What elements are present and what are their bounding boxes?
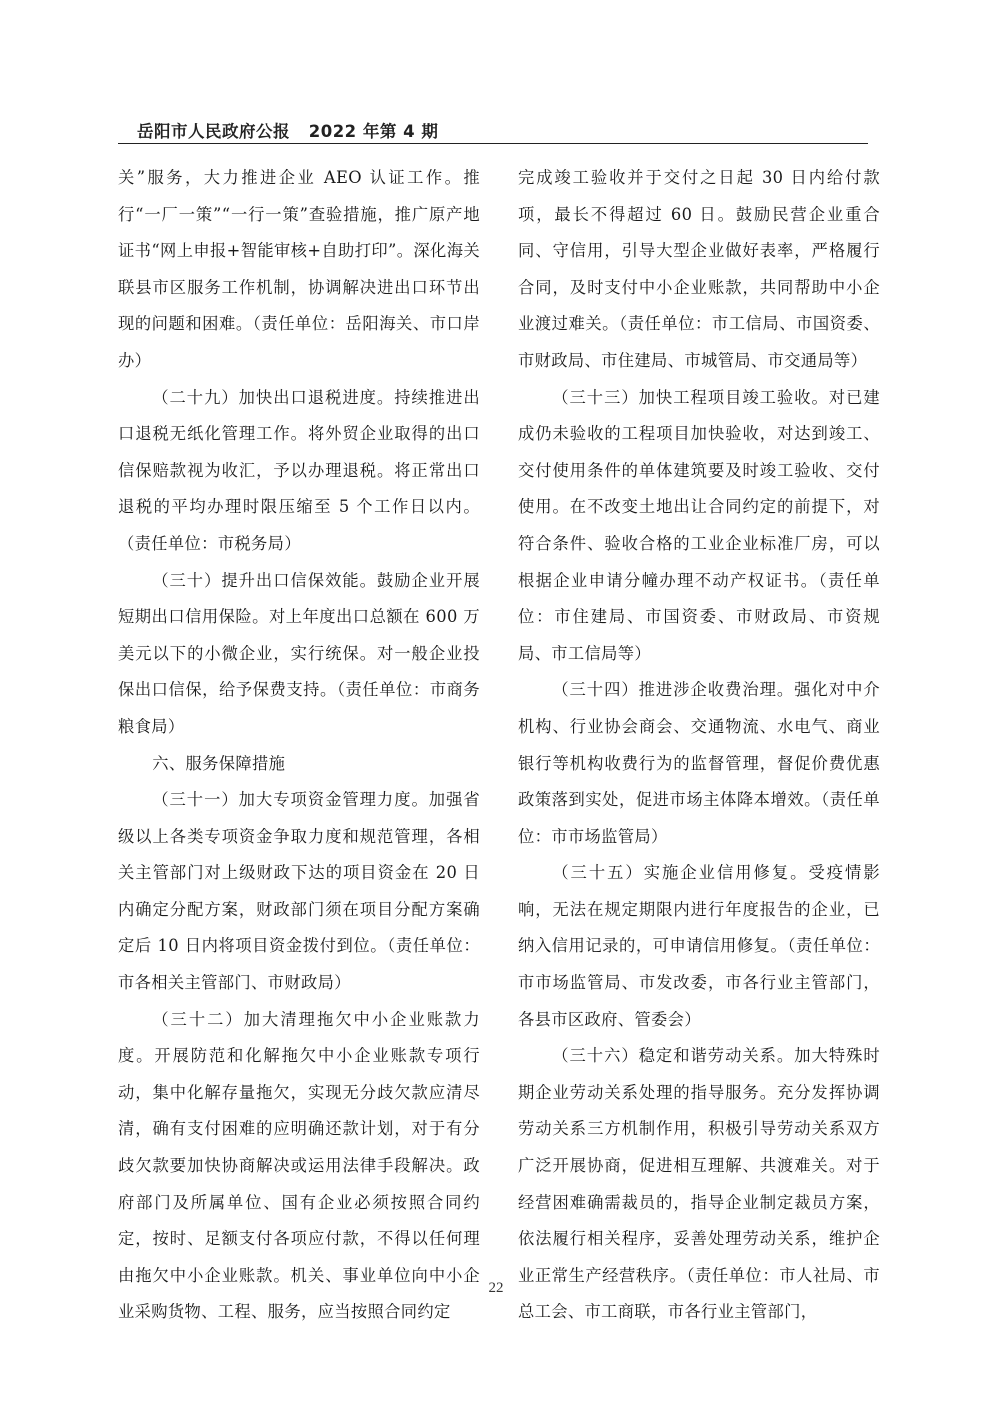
paragraph: （三十一）加大专项资金管理力度。加强省级以上各类专项资金争取力度和规范管理，各相… — [118, 782, 480, 1002]
paragraph: （三十三）加快工程项目竣工验收。对已建成仍未验收的工程项目加快验收，对达到竣工、… — [518, 380, 880, 673]
section-heading: 六、服务保障措施 — [118, 746, 480, 783]
paragraph: 完成竣工验收并于交付之日起 30 日内给付款项，最长不得超过 60 日。鼓励民营… — [518, 160, 880, 380]
paragraph: （三十）提升出口信保效能。鼓励企业开展短期出口信用保险。对上年度出口总额在 60… — [118, 563, 480, 746]
publication-title: 岳阳市人民政府公报 — [137, 122, 290, 141]
paragraph: （三十四）推进涉企收费治理。强化对中介机构、行业协会商会、交通物流、水电气、商业… — [518, 672, 880, 855]
header-divider — [118, 143, 868, 144]
page-number: 22 — [0, 1280, 992, 1297]
left-column: 关”服务，大力推进企业 AEO 认证工作。推行“一厂一策”“一行一策”查验措施，… — [118, 160, 480, 1331]
running-header: 岳阳市人民政府公报 2022 年第 4 期 — [137, 118, 438, 142]
right-column: 完成竣工验收并于交付之日起 30 日内给付款项，最长不得超过 60 日。鼓励民营… — [518, 160, 880, 1331]
paragraph: （三十五）实施企业信用修复。受疫情影响，无法在规定期限内进行年度报告的企业，已纳… — [518, 855, 880, 1038]
paragraph: 关”服务，大力推进企业 AEO 认证工作。推行“一厂一策”“一行一策”查验措施，… — [118, 160, 480, 380]
paragraph: （二十九）加快出口退税进度。持续推进出口退税无纸化管理工作。将外贸企业取得的出口… — [118, 380, 480, 563]
issue-label: 2022 年第 4 期 — [309, 122, 439, 141]
